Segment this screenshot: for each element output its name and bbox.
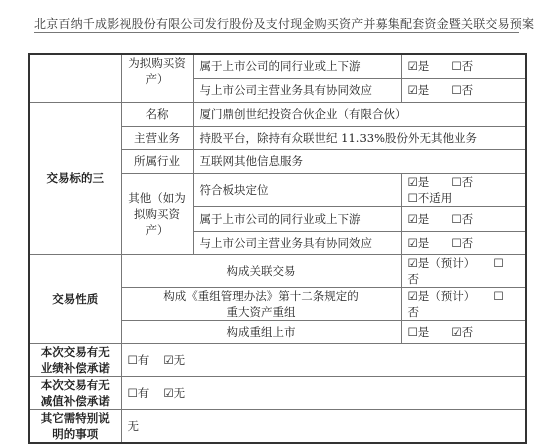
business-label: 主营业务 [121,126,193,149]
industry-label: 所属行业 [121,149,193,173]
section-label-nature: 交易性质 [29,254,121,343]
table-row: 本次交易有无业绩补偿承诺 ☐有☑无 [29,343,526,376]
checkbox-no[interactable]: ☐ [493,289,503,303]
checkbox-pair: ☑是☐否 [401,231,526,254]
transaction-summary-table: 为拟购买资产） 属于上市公司的同行业或上下游 ☑是☐否 与上市公司主营业务具有协… [28,53,527,444]
checkbox-yes-checked[interactable]: ☑是 [408,83,430,97]
header-rule [34,32,519,33]
criteria-item: 属于上市公司的同行业或上下游 [193,206,401,231]
checkbox-yes-checked[interactable]: ☑是 [408,175,430,189]
checkbox-no[interactable]: ☐否 [451,59,473,73]
checkbox-pair: ☑是☐否 [401,54,526,78]
table-row: 为拟购买资产） 属于上市公司的同行业或上下游 ☑是☐否 [29,54,526,78]
table-row: 本次交易有无减值补偿承诺 ☐有☑无 [29,376,526,409]
checkbox-pair: ☐是☑否 [401,320,526,343]
checkbox-pair: ☑是☐否 [401,78,526,102]
checkbox-pair: ☐有☑无 [121,343,526,376]
checkbox-no[interactable]: ☐否 [451,175,473,189]
checkbox-yes-checked[interactable]: ☑是 [408,212,430,226]
checkbox-yes-estimated-checked[interactable]: ☑是（预计） [408,289,476,303]
table-row: 交易标的三 名称 厦门鼎创世纪投资合伙企业（有限合伙） [29,102,526,126]
checkbox-no-label: 否 [408,305,420,319]
checkbox-none-checked[interactable]: ☑无 [163,353,185,367]
checkbox-no[interactable]: ☐ [493,256,503,270]
nature-item: 构成《重组管理办法》第十二条规定的重大资产重组 [121,287,401,320]
checkbox-group: ☑是（预计）☐否 [401,287,526,320]
criteria-item: 与上市公司主营业务具有协同效应 [193,231,401,254]
checkbox-yes-checked[interactable]: ☑是 [408,59,430,73]
impairment-commitment-label: 本次交易有无减值补偿承诺 [29,376,121,409]
nature-item: 构成重组上市 [121,320,401,343]
checkbox-no[interactable]: ☐否 [451,212,473,226]
checkbox-has[interactable]: ☐有 [128,386,150,400]
checkbox-no-label: 否 [408,272,420,286]
document-header-title: 北京百纳千成影视股份有限公司发行股份及支付现金购买资产并募集配套资金暨关联交易预… [34,15,518,32]
checkbox-not-applicable[interactable]: ☐不适用 [408,191,453,205]
industry-value: 互联网其他信息服务 [193,149,526,173]
business-value: 持股平台，除持有众联世纪 11.33%股份外无其他业务 [193,126,526,149]
other-label: 其他（如为拟购买资产） [121,173,193,254]
name-value: 厦门鼎创世纪投资合伙企业（有限合伙） [193,102,526,126]
checkbox-no[interactable]: ☐否 [451,236,473,250]
section-label-target-3: 交易标的三 [29,102,121,254]
checkbox-yes-checked[interactable]: ☑是 [408,236,430,250]
nature-item-line2: 重大资产重组 [227,305,296,319]
table-row: 其它需特别说明的事项 无 [29,409,526,443]
checkbox-pair: ☐有☑无 [121,376,526,409]
checkbox-has[interactable]: ☐有 [128,353,150,367]
nature-item-line1: 构成《重组管理办法》第十二条规定的 [163,289,359,303]
criteria-item: 符合板块定位 [193,173,401,206]
table-row: 交易性质 构成关联交易 ☑是（预计）☐否 [29,254,526,287]
checkbox-no[interactable]: ☐否 [451,83,473,97]
other-matters-label: 其它需特别说明的事项 [29,409,121,443]
other-matters-value: 无 [121,409,526,443]
checkbox-pair: ☑是☐否 [401,206,526,231]
checkbox-yes-estimated-checked[interactable]: ☑是（预计） [408,256,476,270]
section-label-empty [29,54,121,102]
name-label: 名称 [121,102,193,126]
performance-commitment-label: 本次交易有无业绩补偿承诺 [29,343,121,376]
checkbox-group: ☑是☐否☐不适用 [401,173,526,206]
checkbox-group: ☑是（预计）☐否 [401,254,526,287]
checkbox-no-checked[interactable]: ☑否 [451,325,473,339]
checkbox-none-checked[interactable]: ☑无 [163,386,185,400]
criteria-item: 与上市公司主营业务具有协同效应 [193,78,401,102]
criteria-item: 属于上市公司的同行业或上下游 [193,54,401,78]
nature-item: 构成关联交易 [121,254,401,287]
checkbox-yes[interactable]: ☐是 [408,325,430,339]
other-label-tail: 为拟购买资产） [121,54,193,102]
